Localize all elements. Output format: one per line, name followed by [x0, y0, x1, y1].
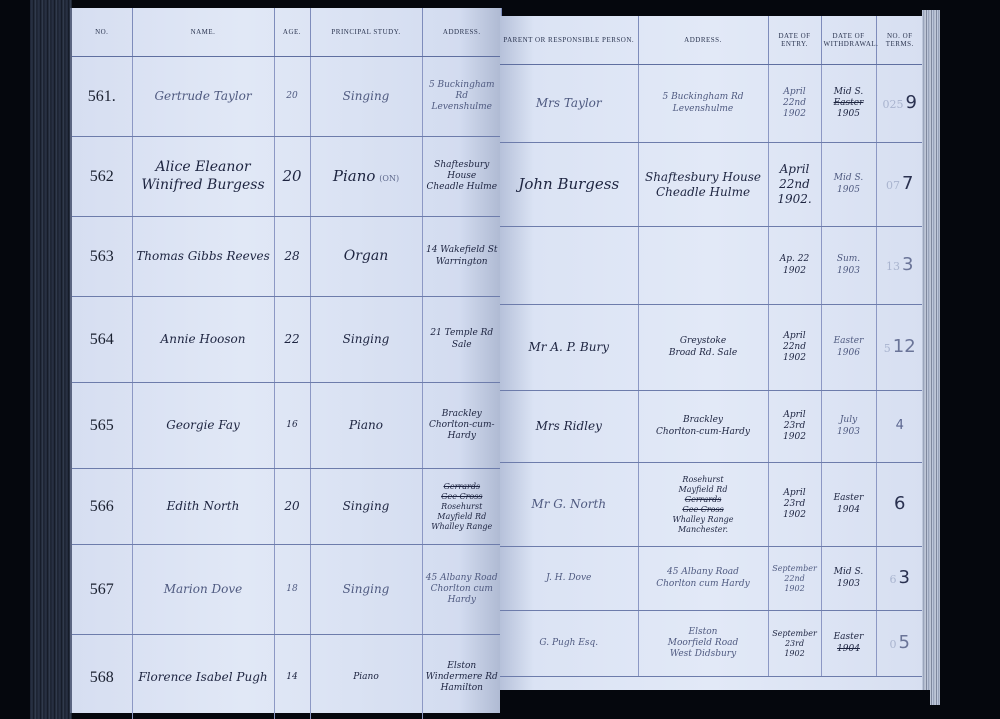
date-of-withdrawal: Mid S.Easter1905 [821, 65, 876, 143]
table-row: 561. Gertrude Taylor 20 Singing 5 Buckin… [72, 57, 502, 137]
parent-name: Mr G. North [500, 463, 638, 547]
table-row: J. H. Dove 45 Albany RoadChorlton cum Ha… [500, 547, 924, 611]
student-age: 20 [274, 57, 310, 137]
right-header-row: Parent or Responsible Person. Address. D… [500, 16, 924, 65]
principal-study: Piano [310, 635, 422, 719]
table-row: 568 Florence Isabel Pugh 14 Piano Elston… [72, 635, 502, 719]
principal-study: Piano (ON) [310, 137, 422, 217]
table-row: 566 Edith North 20 Singing Gerrards Gee … [72, 469, 502, 545]
student-name: Annie Hooson [132, 297, 274, 383]
table-row: 567 Marion Dove 18 Singing 45 Albany Roa… [72, 545, 502, 635]
student-address: 5 Buckingham RdLevenshulme [422, 57, 502, 137]
parent-address: Shaftesbury HouseCheadle Hulme [638, 143, 768, 227]
student-name: Alice Eleanor Winifred Burgess [132, 137, 274, 217]
number-of-terms: 077 [876, 143, 924, 227]
table-row: Mr A. P. Bury GreystokeBroad Rd. Sale Ap… [500, 305, 924, 391]
number-of-terms: 6 [876, 463, 924, 547]
student-age: 18 [274, 545, 310, 635]
entry-number: 564 [72, 297, 132, 383]
table-row: Mrs Taylor 5 Buckingham RdLevenshulme Ap… [500, 65, 924, 143]
entry-number: 568 [72, 635, 132, 719]
header-principal-study: Principal Study. [310, 8, 422, 57]
table-row: G. Pugh Esq. ElstonMoorfield RoadWest Di… [500, 611, 924, 677]
student-name: Marion Dove [132, 545, 274, 635]
parent-name: Mrs Ridley [500, 391, 638, 463]
student-age: 20 [274, 469, 310, 545]
date-of-entry: April22nd1902 [768, 65, 821, 143]
student-age: 22 [274, 297, 310, 383]
date-of-entry: April23rd1902 [768, 391, 821, 463]
parent-address: Rosehurst Mayfield Rd Gerrards Gee Cross… [638, 463, 768, 547]
principal-study: Singing [310, 469, 422, 545]
student-address: 45 Albany RoadChorlton cum Hardy [422, 545, 502, 635]
principal-study: Singing [310, 545, 422, 635]
parent-address: GreystokeBroad Rd. Sale [638, 305, 768, 391]
number-of-terms: 4 [876, 391, 924, 463]
student-address: Shaftesbury HouseCheadle Hulme [422, 137, 502, 217]
student-name: Gertrude Taylor [132, 57, 274, 137]
student-age: 28 [274, 217, 310, 297]
book-page-edges-right [922, 10, 940, 705]
parent-name: John Burgess [500, 143, 638, 227]
parent-name: G. Pugh Esq. [500, 611, 638, 677]
table-row: John Burgess Shaftesbury HouseCheadle Hu… [500, 143, 924, 227]
ledger-left-page: No. Name. Age. Principal Study. Address.… [70, 8, 502, 713]
date-of-entry: Ap. 221902 [768, 227, 821, 305]
parent-name: Mr A. P. Bury [500, 305, 638, 391]
parent-name: J. H. Dove [500, 547, 638, 611]
student-name: Edith North [132, 469, 274, 545]
header-no: No. [72, 8, 132, 57]
student-age: 14 [274, 635, 310, 719]
entry-number: 566 [72, 469, 132, 545]
number-of-terms: 512 [876, 305, 924, 391]
header-address: Address. [422, 8, 502, 57]
parent-address: ElstonMoorfield RoadWest Didsbury [638, 611, 768, 677]
header-age: Age. [274, 8, 310, 57]
number-of-terms: 133 [876, 227, 924, 305]
table-row: 563 Thomas Gibbs Reeves 28 Organ 14 Wake… [72, 217, 502, 297]
student-name: Thomas Gibbs Reeves [132, 217, 274, 297]
date-of-entry: April22nd1902. [768, 143, 821, 227]
date-of-entry: April23rd1902 [768, 463, 821, 547]
entry-number: 562 [72, 137, 132, 217]
date-of-withdrawal: July1903 [821, 391, 876, 463]
student-age: 20 [274, 137, 310, 217]
ledger-right-page: Parent or Responsible Person. Address. D… [500, 16, 924, 696]
table-row: 564 Annie Hooson 22 Singing 21 Temple Rd… [72, 297, 502, 383]
table-row: 562 Alice Eleanor Winifred Burgess 20 Pi… [72, 137, 502, 217]
table-row: Mrs Ridley BrackleyChorlton-cum-Hardy Ap… [500, 391, 924, 463]
principal-study: Singing [310, 297, 422, 383]
student-address: BrackleyChorlton-cum-Hardy [422, 383, 502, 469]
date-of-entry: September22nd1902 [768, 547, 821, 611]
header-name: Name. [132, 8, 274, 57]
header-date-of-entry: Date of Entry. [768, 16, 821, 65]
parent-address [638, 227, 768, 305]
date-of-withdrawal: Mid S.1903 [821, 547, 876, 611]
date-of-entry: September23rd1902 [768, 611, 821, 677]
date-of-withdrawal: Mid S.1905 [821, 143, 876, 227]
table-row: Mr G. North Rosehurst Mayfield Rd Gerrar… [500, 463, 924, 547]
student-name: Georgie Fay [132, 383, 274, 469]
principal-study: Piano [310, 383, 422, 469]
student-age: 16 [274, 383, 310, 469]
number-of-terms: 05 [876, 611, 924, 677]
table-row: 565 Georgie Fay 16 Piano BrackleyChorlto… [72, 383, 502, 469]
student-address: ElstonWindermere RdHamilton [422, 635, 502, 719]
entry-number: 563 [72, 217, 132, 297]
number-of-terms: 0259 [876, 65, 924, 143]
entry-number: 567 [72, 545, 132, 635]
parent-address: 45 Albany RoadChorlton cum Hardy [638, 547, 768, 611]
header-date-of-withdrawal: Date of Withdrawal. [821, 16, 876, 65]
left-header-row: No. Name. Age. Principal Study. Address. [72, 8, 502, 57]
header-parent: Parent or Responsible Person. [500, 16, 638, 65]
date-of-withdrawal: Easter1904 [821, 463, 876, 547]
student-address: Gerrards Gee Cross Rosehurst Mayfield Rd… [422, 469, 502, 545]
book-spine-left [30, 0, 72, 719]
student-address: 21 Temple RdSale [422, 297, 502, 383]
parent-name: Mrs Taylor [500, 65, 638, 143]
number-of-terms: 63 [876, 547, 924, 611]
book-bottom-shadow [500, 690, 930, 719]
date-of-entry: April22nd1902 [768, 305, 821, 391]
header-no-of-terms: No. of Terms. [876, 16, 924, 65]
date-of-withdrawal: Easter1906 [821, 305, 876, 391]
parent-address: BrackleyChorlton-cum-Hardy [638, 391, 768, 463]
parent-address: 5 Buckingham RdLevenshulme [638, 65, 768, 143]
student-address: 14 Wakefield StWarrington [422, 217, 502, 297]
principal-study: Organ [310, 217, 422, 297]
header-parent-address: Address. [638, 16, 768, 65]
table-row: Ap. 221902 Sum.1903 133 [500, 227, 924, 305]
date-of-withdrawal: Easter1904 [821, 611, 876, 677]
guardian-register-table: Parent or Responsible Person. Address. D… [500, 16, 924, 677]
student-name: Florence Isabel Pugh [132, 635, 274, 719]
date-of-withdrawal: Sum.1903 [821, 227, 876, 305]
entry-number: 561. [72, 57, 132, 137]
principal-study: Singing [310, 57, 422, 137]
entry-number: 565 [72, 383, 132, 469]
parent-name [500, 227, 638, 305]
student-register-table: No. Name. Age. Principal Study. Address.… [72, 8, 502, 719]
